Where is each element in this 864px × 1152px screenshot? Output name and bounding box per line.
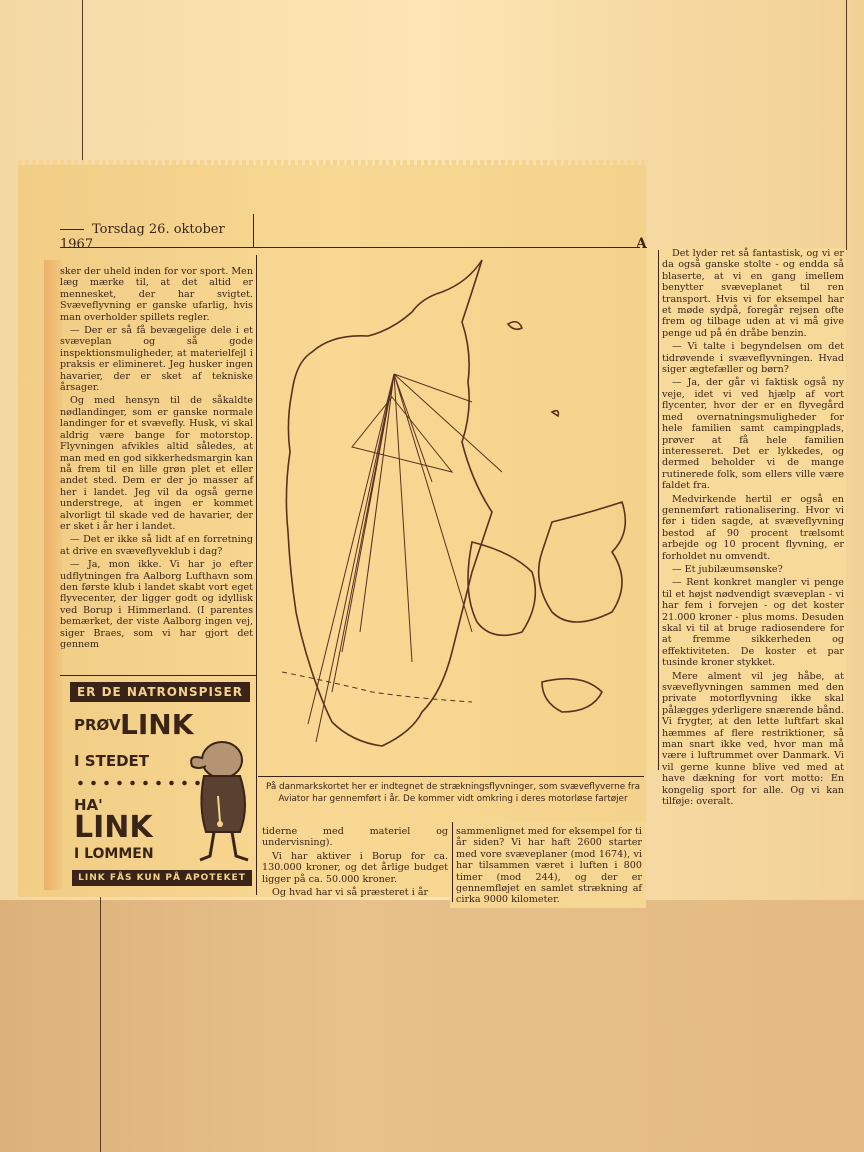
- board-edge-line: [846, 0, 847, 250]
- paragraph: — Ja, mon ikke. Vi har jo efter udflytni…: [60, 559, 253, 650]
- header-rule: [60, 247, 640, 248]
- denmark-route-map: [272, 252, 644, 776]
- paragraph: sker der uheld inden for vor sport. Men …: [60, 266, 253, 323]
- zealand-outline: [539, 502, 626, 622]
- anholt-outline: [552, 411, 558, 416]
- ad-text: I STEDET: [74, 752, 149, 770]
- left-column: sker der uheld inden for vor sport. Men …: [60, 266, 253, 652]
- paragraph: Og hvad har vi så præsteret i år: [262, 887, 448, 898]
- column-divider: [658, 250, 659, 770]
- column-divider: [452, 822, 453, 902]
- paragraph: tiderne med materiel og undervisning).: [262, 826, 448, 849]
- paragraph: — Det er ikke så lidt af en forretning a…: [60, 534, 253, 557]
- ad-brand: LINK: [120, 708, 193, 741]
- ad-headline: ER DE NATRONSPISER: [70, 682, 250, 702]
- ad-text: I LOMMEN: [74, 846, 154, 862]
- right-column: Det lyder ret så fantastisk, og vi er da…: [662, 248, 844, 810]
- paragraph: sammenlignet med for eksempel for ti år …: [456, 826, 642, 906]
- paragraph: — Ja, der går vi faktisk også ny veje, i…: [662, 377, 844, 491]
- paragraph: — Vi talte i begyndelsen om det tidrøven…: [662, 341, 844, 375]
- ad-rule: [60, 675, 256, 676]
- map-caption: På danmarkskortet her er indtegnet de st…: [262, 781, 644, 805]
- paragraph: — Rent konkret mangler vi penge til et h…: [662, 577, 844, 668]
- paragraph: Vi har aktiver i Borup for ca. 130.000 k…: [262, 851, 448, 885]
- bottom-middle-column: tiderne med materiel og undervisning). V…: [262, 826, 448, 900]
- paragraph: Mere alment vil jeg håbe, at svæveflyvni…: [662, 671, 844, 808]
- lolland-outline: [542, 679, 602, 712]
- mounting-board-shadow: [0, 900, 864, 1152]
- dateline: Torsdag 26. oktober 1967: [60, 222, 254, 246]
- dateline-divider: [253, 214, 254, 248]
- flight-routes: [308, 374, 502, 742]
- paragraph: — Et jubilæumsønske?: [662, 564, 844, 575]
- board-edge-line: [100, 897, 101, 1152]
- cartoon-man-icon: [188, 736, 252, 866]
- ad-brand: LINK: [74, 810, 153, 845]
- ad-footer: LINK FÅS KUN PÅ APOTEKET: [72, 870, 252, 886]
- laeso-outline: [508, 322, 522, 330]
- paragraph: Det lyder ret så fantastisk, og vi er da…: [662, 248, 844, 339]
- paragraph: — Der er så få bevægelige dele i et svæv…: [60, 325, 253, 393]
- paragraph: Medvirkende hertil er også en gennemført…: [662, 494, 844, 562]
- bottom-right-column: sammenlignet med for eksempel for ti år …: [456, 826, 642, 908]
- map-bottom-rule: [258, 776, 644, 777]
- link-advertisement: ER DE NATRONSPISER PRØV LINK I STEDET HA…: [68, 680, 254, 890]
- column-divider: [256, 255, 257, 895]
- paragraph: Og med hensyn til de såkaldte nødlanding…: [60, 395, 253, 532]
- board-edge-line: [82, 0, 83, 165]
- cut-marker: A: [636, 236, 647, 252]
- ad-text: PRØV: [74, 716, 121, 734]
- jutland-outline: [286, 260, 492, 746]
